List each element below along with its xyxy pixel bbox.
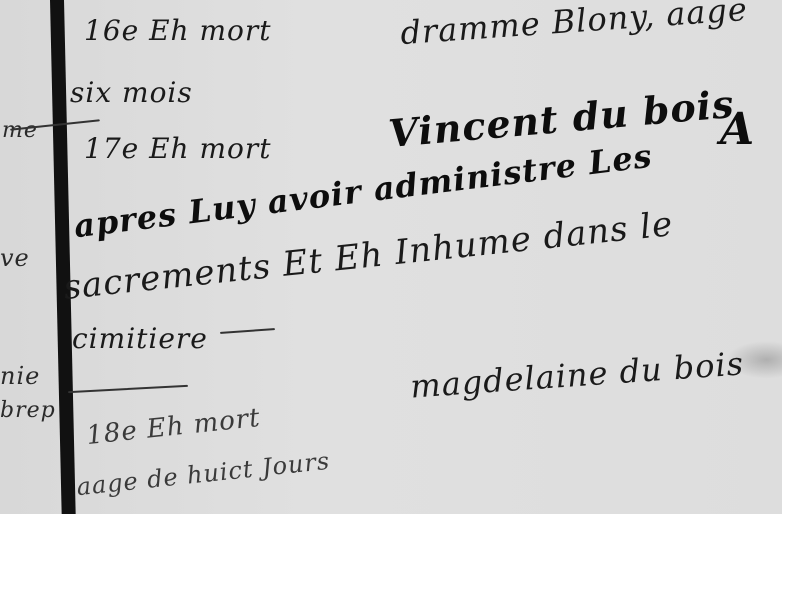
entry-2-line-1: 17e Eh mort (84, 132, 272, 165)
margin-note: me (2, 118, 38, 143)
margin-note: nie (0, 362, 40, 390)
margin-note: brep (0, 398, 56, 423)
entry-1-line-2: dramme Blony, aage (399, 0, 749, 52)
separator-line (68, 385, 188, 393)
entry-2-mark: A (720, 104, 755, 155)
manuscript-scan: me ve nie brep 16e Eh mort dramme Blony,… (0, 0, 782, 514)
entry-2-name: Vincent du bois (387, 81, 736, 156)
entry-1-line-3: six mois (70, 76, 193, 109)
entry-3-line-1: 18e Eh mort (85, 403, 262, 451)
entry-1-line-1: 16e Eh mort (84, 14, 272, 47)
entry-3-line-3: aage de huict Jours (75, 447, 331, 501)
entry-3-name: magdelaine du bois (409, 344, 745, 405)
flourish-line (220, 328, 275, 334)
margin-note: ve (0, 244, 30, 272)
entry-2-line-5: cimitiere (72, 322, 208, 355)
